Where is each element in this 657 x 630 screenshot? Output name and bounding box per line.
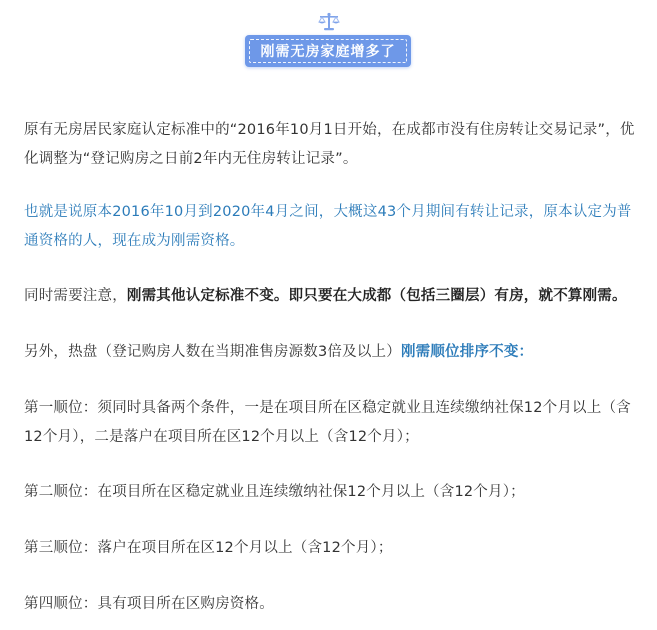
note-lead: 同时需要注意， xyxy=(24,288,127,304)
badge-title: 刚需无房家庭增多了 xyxy=(261,41,396,61)
paragraph-hot-market: 另外，热盘（登记购房人数在当期准售房源数3倍及以上）刚需顺位排序不变： xyxy=(24,338,636,367)
hot-market-highlight: 刚需顺位排序不变： xyxy=(401,344,533,360)
badge-dashed-border: 刚需无房家庭增多了 xyxy=(249,39,407,63)
paragraph-note: 同时需要注意，刚需其他认定标准不变。即只要在大成都（包括三圈层）有房，就不算刚需… xyxy=(24,282,636,311)
scale-of-justice-icon xyxy=(317,12,341,32)
priority-4: 第四顺位：具有项目所在区购房资格。 xyxy=(24,590,636,619)
paragraph-old-standard: 原有无房居民家庭认定标准中的“2016年10月1日开始，在成都市没有住房转让交易… xyxy=(24,116,636,174)
note-bold: 刚需其他认定标准不变。即只要在大成都（包括三圈层）有房，就不算刚需。 xyxy=(127,288,627,304)
priority-1: 第一顺位：须同时具备两个条件，一是在项目所在区稳定就业且连续缴纳社保12个月以上… xyxy=(24,394,636,452)
section-header: 刚需无房家庭增多了 xyxy=(0,0,657,80)
hot-market-lead: 另外，热盘（登记购房人数在当期准售房源数3倍及以上） xyxy=(24,344,401,360)
priority-2: 第二顺位：在项目所在区稳定就业且连续缴纳社保12个月以上（含12个月）； xyxy=(24,478,636,507)
title-badge: 刚需无房家庭增多了 xyxy=(245,35,411,67)
priority-3: 第三顺位：落户在项目所在区12个月以上（含12个月）； xyxy=(24,534,636,563)
paragraph-explanation: 也就是说原本2016年10月到2020年4月之间，大概这43个月期间有转让记录，… xyxy=(24,198,636,256)
